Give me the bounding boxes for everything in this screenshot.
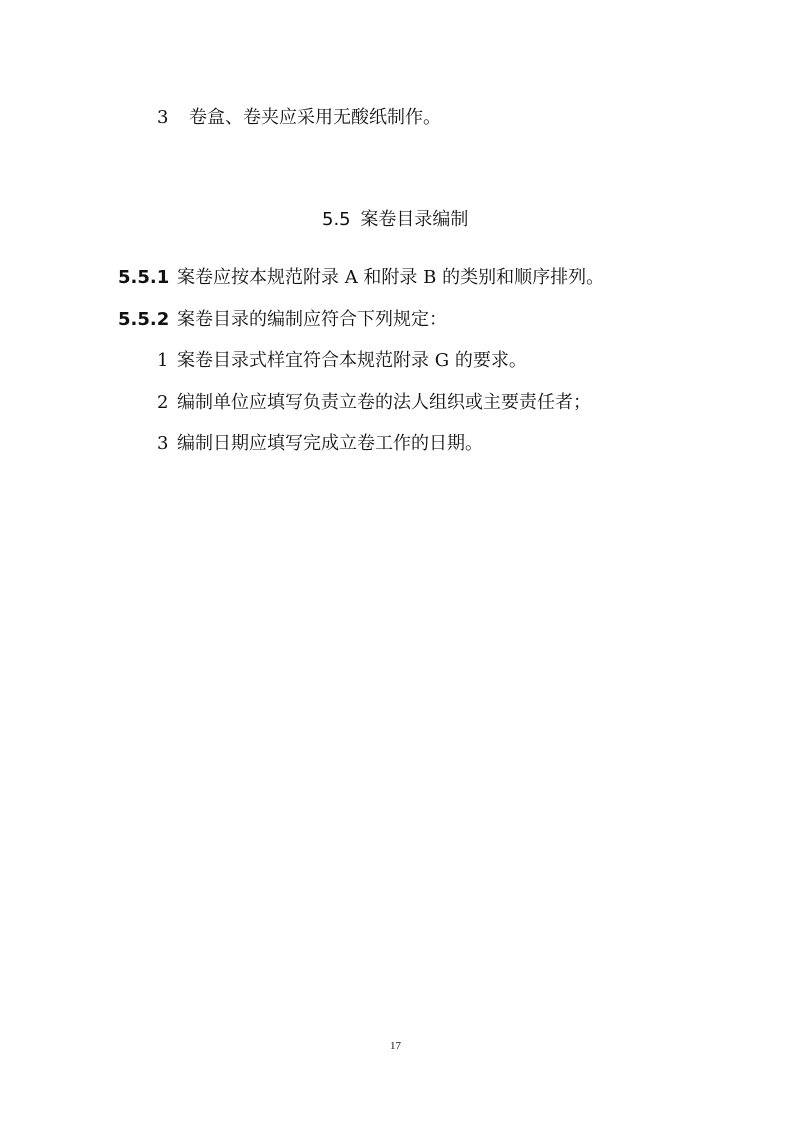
clause-text: 案卷应按本规范附录 A 和附录 B 的类别和顺序排列。: [177, 267, 604, 288]
item-number: 1: [157, 349, 177, 373]
item-number: 2: [157, 391, 177, 415]
item-number: 3: [157, 106, 189, 130]
item-number: 3: [157, 432, 177, 456]
item-text: 案卷目录式样宜符合本规范附录 G 的要求。: [177, 350, 527, 371]
list-item: 2编制单位应填写负责立卷的法人组织或主要责任者；: [157, 391, 591, 415]
clause-number: 5.5.1: [118, 267, 169, 288]
page-number: 17: [390, 1039, 401, 1053]
item-text: 编制日期应填写完成立卷工作的日期。: [177, 433, 483, 454]
clause: 5.5.2 案卷目录的编制应符合下列规定：: [118, 308, 447, 332]
section-number: 5.5: [322, 209, 351, 230]
item-text: 卷盒、卷夹应采用无酸纸制作。: [189, 107, 441, 128]
clause-text: 案卷目录的编制应符合下列规定：: [177, 309, 447, 330]
item-text: 编制单位应填写负责立卷的法人组织或主要责任者；: [177, 392, 591, 413]
clause: 5.5.1 案卷应按本规范附录 A 和附录 B 的类别和顺序排列。: [118, 266, 604, 290]
list-item: 3编制日期应填写完成立卷工作的日期。: [157, 432, 483, 456]
section-heading: 5.5 案卷目录编制: [322, 208, 468, 232]
list-item: 1案卷目录式样宜符合本规范附录 G 的要求。: [157, 349, 527, 373]
list-item: 3卷盒、卷夹应采用无酸纸制作。: [157, 106, 441, 130]
clause-number: 5.5.2: [118, 309, 169, 330]
section-title: 案卷目录编制: [360, 209, 468, 230]
